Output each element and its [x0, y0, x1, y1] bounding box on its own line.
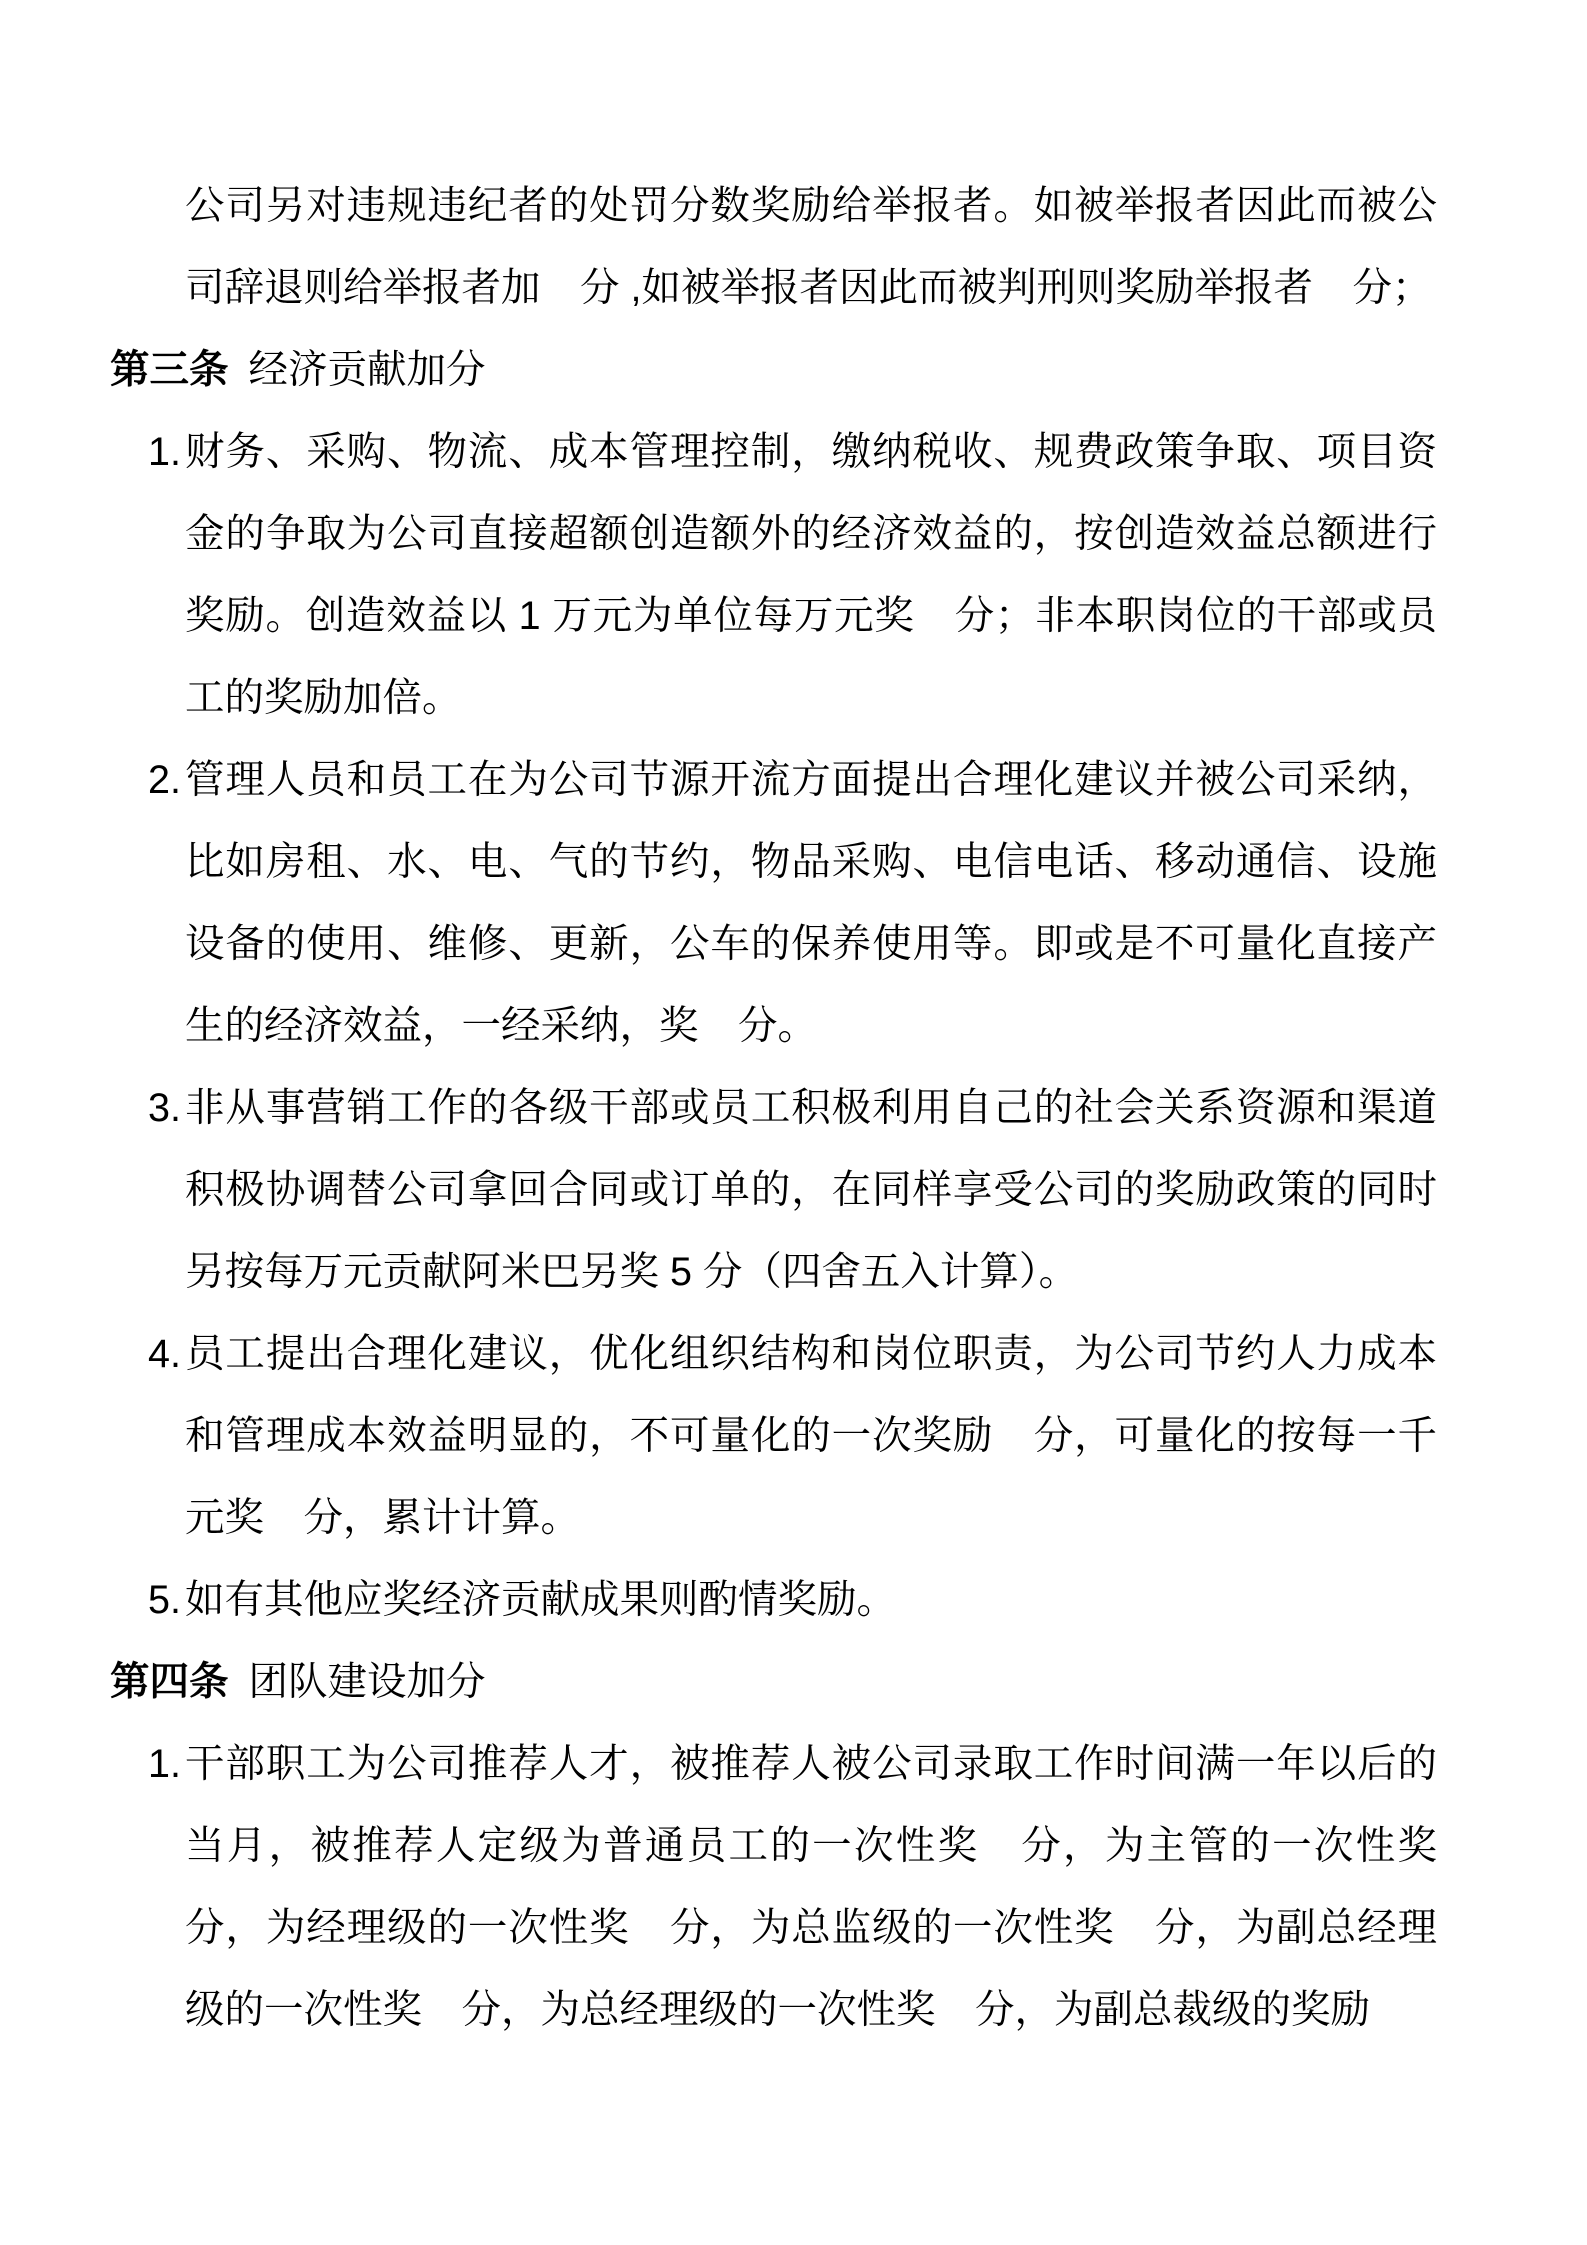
list-item-number: 5. — [110, 1559, 185, 1641]
intro-paragraph: 公司另对违规违纪者的处罚分数奖励给举报者。如被举报者因此而被公司辞退则给举报者加… — [185, 165, 1437, 329]
list-item-number: 3. — [110, 1067, 185, 1313]
list-item: 2. 管理人员和员工在为公司节源开流方面提出合理化建议并被公司采纳，比如房租、水… — [110, 739, 1437, 1067]
list-item-text: 干部职工为公司推荐人才，被推荐人被公司录取工作时间满一年以后的当月，被推荐人定级… — [185, 1723, 1437, 2051]
list-item: 1. 干部职工为公司推荐人才，被推荐人被公司录取工作时间满一年以后的当月，被推荐… — [110, 1723, 1437, 2051]
list-item: 3. 非从事营销工作的各级干部或员工积极利用自己的社会关系资源和渠道积极协调替公… — [110, 1067, 1437, 1313]
list-item: 5. 如有其他应奖经济贡献成果则酌情奖励。 — [110, 1559, 1437, 1641]
section3-heading-label: 第三条 — [110, 348, 229, 392]
list-item-number: 1. — [110, 411, 185, 739]
list-item-number: 4. — [110, 1313, 185, 1559]
section3-heading: 第三条经济贡献加分 — [110, 329, 1437, 411]
list-item-text: 员工提出合理化建议，优化组织结构和岗位职责，为公司节约人力成本和管理成本效益明显… — [185, 1313, 1437, 1559]
list-item-text: 非从事营销工作的各级干部或员工积极利用自己的社会关系资源和渠道积极协调替公司拿回… — [185, 1067, 1437, 1313]
section4-heading-label: 第四条 — [110, 1660, 229, 1704]
list-item-number: 2. — [110, 739, 185, 1067]
list-item-text: 如有其他应奖经济贡献成果则酌情奖励。 — [185, 1559, 1437, 1641]
list-item: 1. 财务、采购、物流、成本管理控制，缴纳税收、规费政策争取、项目资金的争取为公… — [110, 411, 1437, 739]
list-item-number: 1. — [110, 1723, 185, 2051]
list-item: 4. 员工提出合理化建议，优化组织结构和岗位职责，为公司节约人力成本和管理成本效… — [110, 1313, 1437, 1559]
section4-heading: 第四条团队建设加分 — [110, 1641, 1437, 1723]
section4-heading-title: 团队建设加分 — [249, 1660, 486, 1704]
section3-heading-title: 经济贡献加分 — [249, 348, 486, 392]
list-item-text: 财务、采购、物流、成本管理控制，缴纳税收、规费政策争取、项目资金的争取为公司直接… — [185, 411, 1437, 739]
list-item-text: 管理人员和员工在为公司节源开流方面提出合理化建议并被公司采纳，比如房租、水、电、… — [185, 739, 1437, 1067]
document-page: 公司另对违规违纪者的处罚分数奖励给举报者。如被举报者因此而被公司辞退则给举报者加… — [0, 0, 1587, 2245]
